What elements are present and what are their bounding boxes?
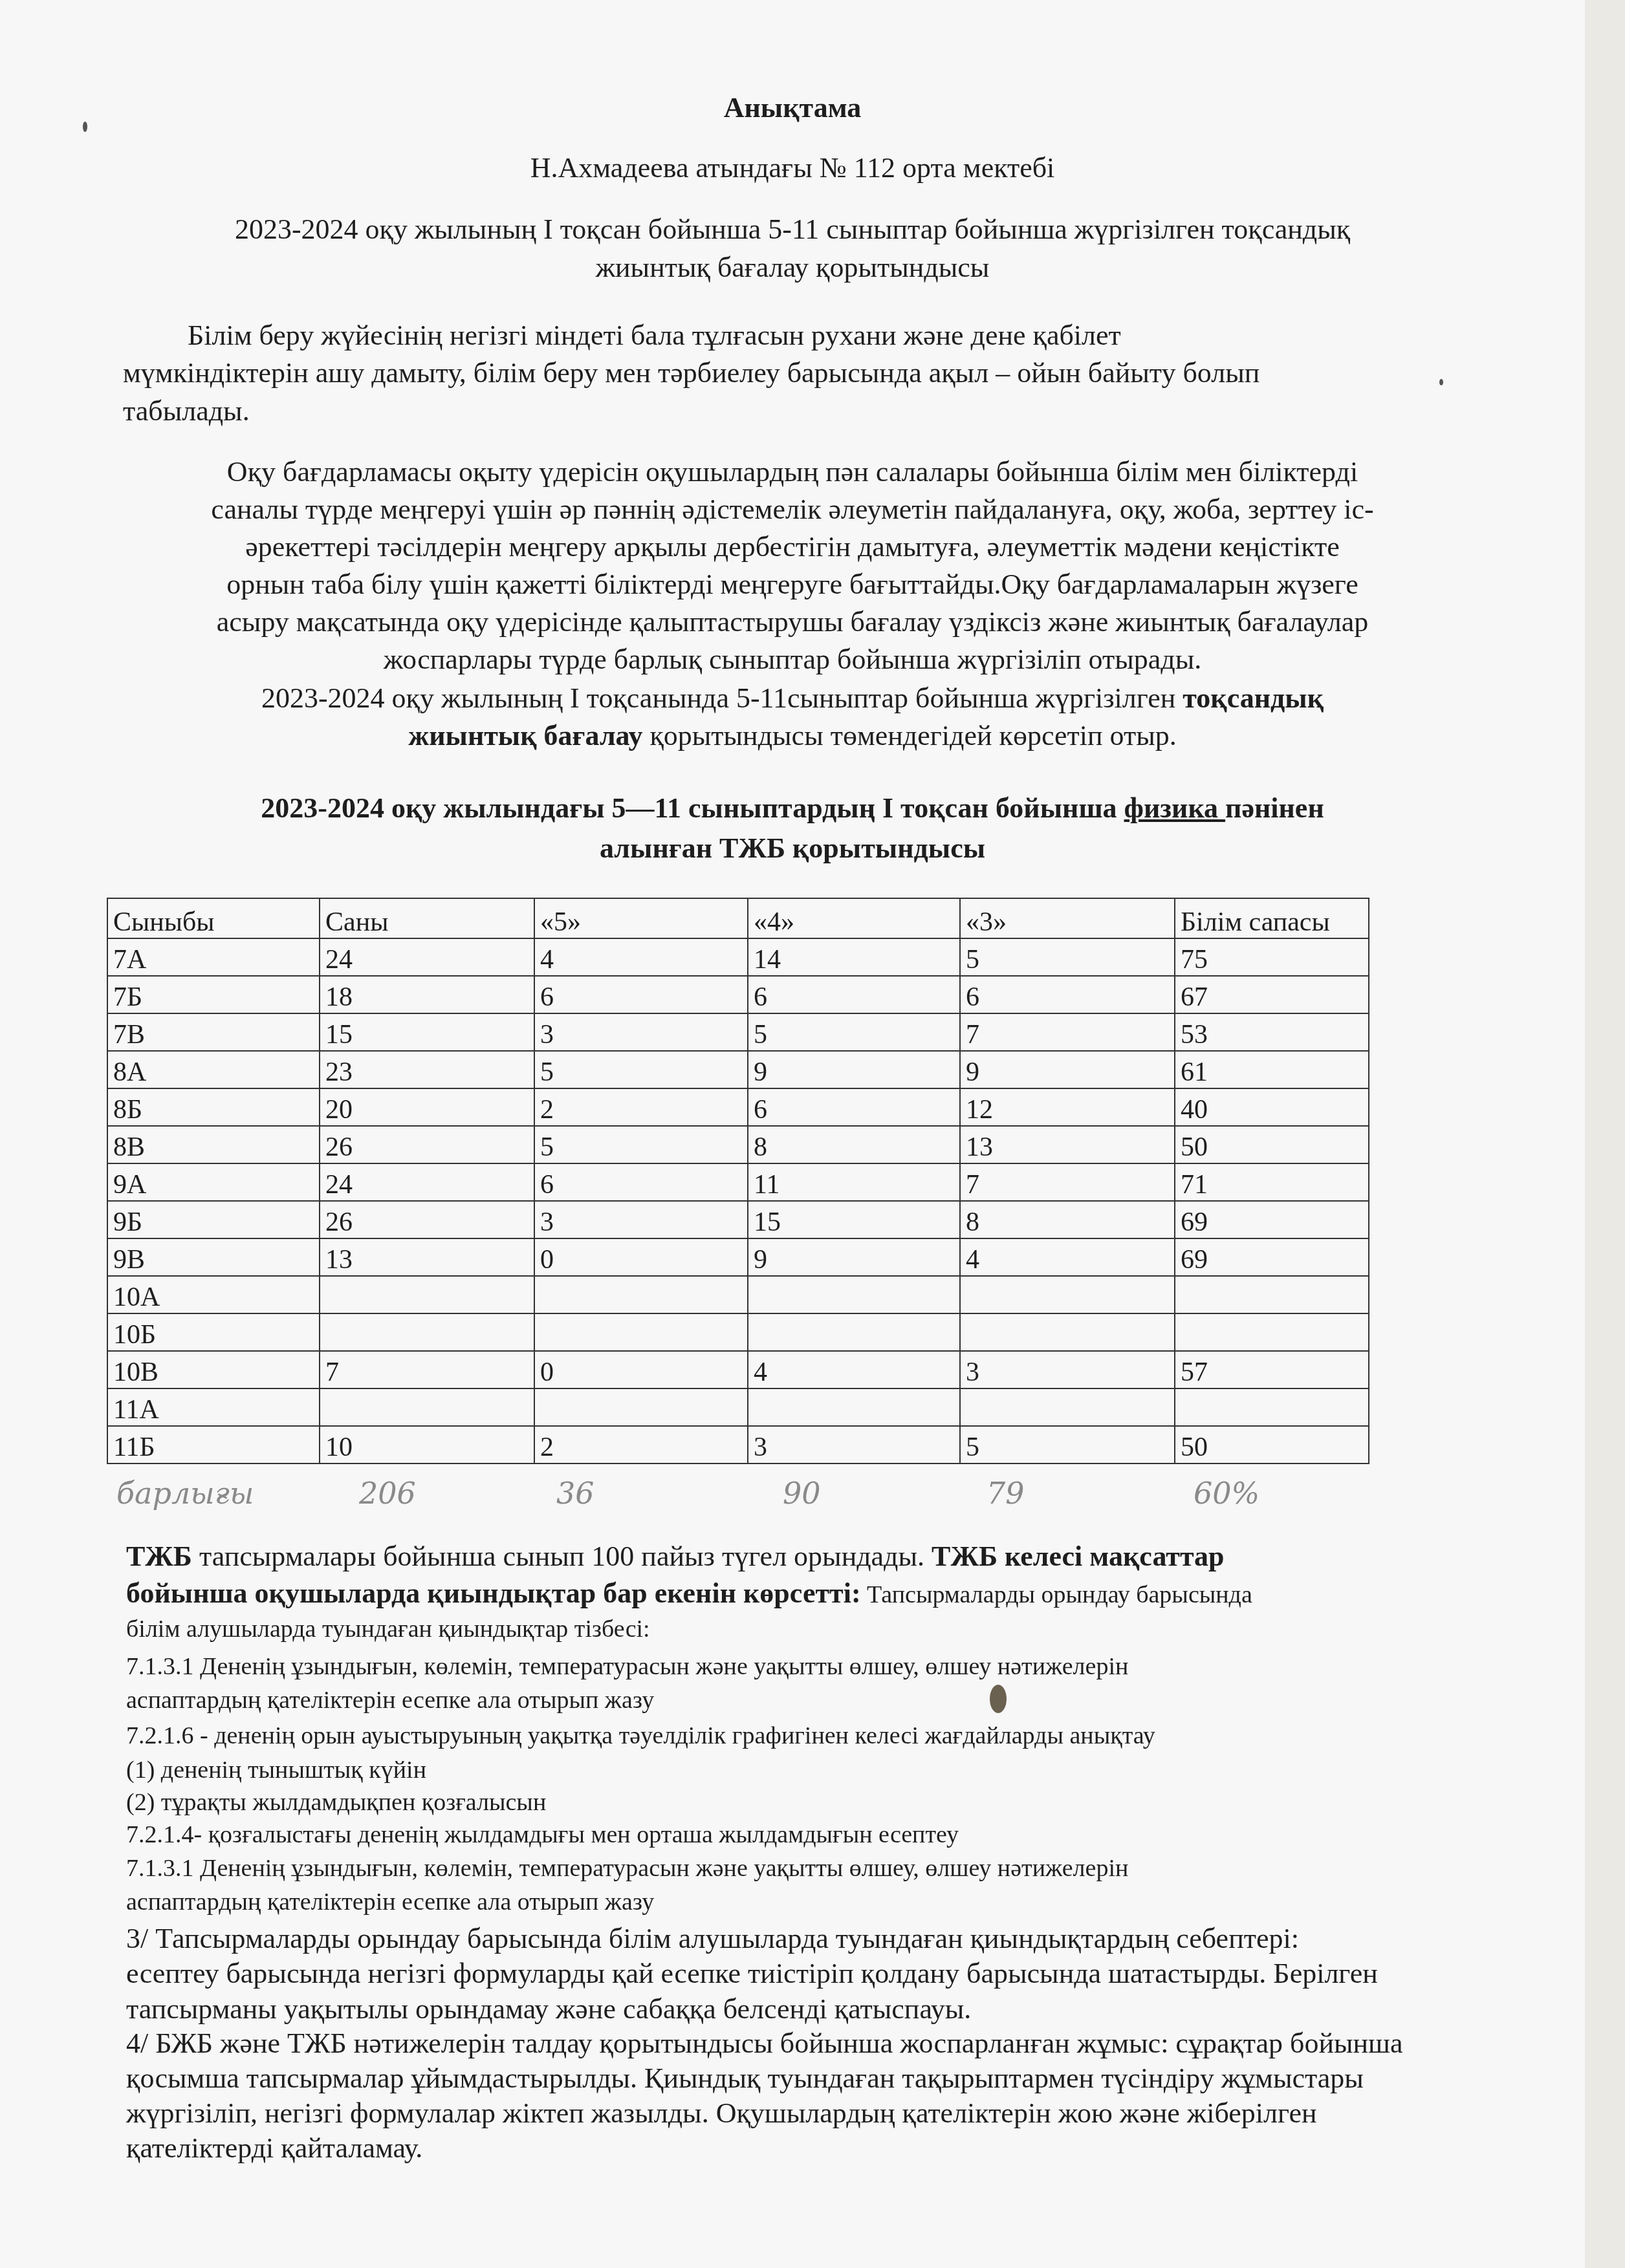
table-row: 7В1535753 (107, 1013, 1369, 1051)
cell-class: 8В (107, 1126, 320, 1163)
cell-grade-5: 6 (534, 1163, 748, 1201)
analysis-text-line: 4/ БЖБ және ТЖБ нәтижелерін талдау қорыт… (126, 2029, 1403, 2058)
cell-count (320, 1313, 534, 1351)
cell-count: 23 (320, 1051, 534, 1088)
cell-grade-4: 9 (748, 1238, 960, 1276)
intro-p3-bold: тоқсандық (1183, 682, 1324, 714)
cell-grade-3: 12 (960, 1088, 1175, 1126)
table-row: 9В1309469 (107, 1238, 1369, 1276)
intro-p1-line-3: табылады. (123, 397, 250, 426)
cell-grade-5: 2 (534, 1426, 748, 1463)
cell-grade-4: 11 (748, 1163, 960, 1201)
ink-smudge (990, 1685, 1007, 1713)
cell-grade-3: 8 (960, 1201, 1175, 1238)
document-page: Анықтама Н.Ахмадеева атындағы № 112 орта… (0, 0, 1585, 2268)
cell-count: 15 (320, 1013, 534, 1051)
table-title-part-1: 2023-2024 оқу жылындағы 5—11 сыныптардың… (261, 792, 1124, 824)
cell-class: 10В (107, 1351, 320, 1388)
analysis-line-2: бойынша оқушыларда қиындықтар бар екенін… (126, 1579, 1252, 1608)
table-title-line-2: алынған ТЖБ қорытындысы (0, 834, 1585, 863)
cell-grade-4: 5 (748, 1013, 960, 1051)
table-row: 10А (107, 1276, 1369, 1313)
subtitle-line-2: жиынтық бағалау қорытындысы (0, 254, 1585, 282)
cell-grade-3: 9 (960, 1051, 1175, 1088)
analysis-text-line: қосымша тапсырмалар ұйымдастырылды. Қиын… (126, 2064, 1364, 2093)
cell-quality (1175, 1388, 1369, 1426)
table-header-row: Сыныбы Саны «5» «4» «3» Білім сапасы (107, 898, 1369, 938)
intro-p3-bold-2: жиынтық бағалау (408, 720, 642, 751)
analysis-line-1: ТЖБ тапсырмалары бойынша сынып 100 пайыз… (126, 1542, 1225, 1571)
intro-p1-line-1: Білім беру жүйесінің негізгі міндеті бал… (188, 321, 1121, 350)
cell-quality: 69 (1175, 1201, 1369, 1238)
intro-p3-line-2: жиынтық бағалау қорытындысы төмендегідей… (0, 722, 1585, 750)
cell-grade-5: 2 (534, 1088, 748, 1126)
cell-grade-3: 5 (960, 938, 1175, 976)
intro-p3-plain: 2023-2024 оқу жылының I тоқсанында 5-11с… (261, 682, 1183, 714)
intro-p2-line-6: жоспарлары түрде барлық сыныптар бойынша… (0, 645, 1585, 674)
handwritten-total-count: 206 (359, 1476, 416, 1511)
cell-grade-3: 13 (960, 1126, 1175, 1163)
table-title-line-1: 2023-2024 оқу жылындағы 5—11 сыныптардың… (0, 794, 1585, 823)
cell-grade-5: 4 (534, 938, 748, 976)
cell-grade-5 (534, 1313, 748, 1351)
table-row: 8Б20261240 (107, 1088, 1369, 1126)
header-count: Саны (320, 898, 534, 938)
cell-grade-3: 6 (960, 976, 1175, 1013)
cell-class: 7Б (107, 976, 320, 1013)
cell-class: 9А (107, 1163, 320, 1201)
cell-quality: 53 (1175, 1013, 1369, 1051)
intro-p3-line-1: 2023-2024 оқу жылының I тоқсанында 5-11с… (0, 684, 1585, 713)
handwritten-total-label: барлығы (116, 1476, 254, 1511)
handwritten-total-5: 36 (556, 1476, 594, 1511)
cell-count: 20 (320, 1088, 534, 1126)
handwritten-total-quality: 60% (1194, 1476, 1260, 1511)
analysis-plain-a: тапсырмалары бойынша сынып 100 пайыз түг… (192, 1540, 932, 1572)
cell-grade-3: 5 (960, 1426, 1175, 1463)
cell-grade-5: 0 (534, 1351, 748, 1388)
handwritten-total-3: 79 (987, 1476, 1025, 1511)
scan-edge (1585, 0, 1625, 2268)
cell-count: 24 (320, 938, 534, 976)
document-title: Анықтама (0, 94, 1585, 122)
cell-grade-5 (534, 1388, 748, 1426)
cell-class: 10А (107, 1276, 320, 1313)
cell-class: 11А (107, 1388, 320, 1426)
analysis-plain-b: Тапсырмаларды орындау барысында (861, 1581, 1252, 1608)
cell-class: 7В (107, 1013, 320, 1051)
header-grade-3: «3» (960, 898, 1175, 938)
cell-grade-4 (748, 1276, 960, 1313)
subtitle-line-1: 2023-2024 оқу жылының I тоқсан бойынша 5… (0, 215, 1585, 244)
cell-grade-5: 5 (534, 1126, 748, 1163)
cell-grade-3: 3 (960, 1351, 1175, 1388)
scan-speck (83, 122, 87, 132)
cell-count: 18 (320, 976, 534, 1013)
cell-grade-5: 0 (534, 1238, 748, 1276)
cell-count: 24 (320, 1163, 534, 1201)
cell-grade-4: 6 (748, 976, 960, 1013)
cell-class: 8Б (107, 1088, 320, 1126)
cell-quality: 61 (1175, 1051, 1369, 1088)
analysis-text-line: аспаптардың қателіктерін есепке ала отыр… (126, 1688, 654, 1712)
cell-quality: 75 (1175, 938, 1369, 976)
intro-p2-line-1: Оқу бағдарламасы оқыту үдерісін оқушылар… (0, 458, 1585, 486)
cell-count: 10 (320, 1426, 534, 1463)
cell-grade-3 (960, 1388, 1175, 1426)
table-row: 11Б1023550 (107, 1426, 1369, 1463)
cell-grade-4: 14 (748, 938, 960, 976)
analysis-text-line: білім алушыларда туындаған қиындықтар ті… (126, 1617, 650, 1641)
handwritten-total-4: 90 (783, 1476, 821, 1511)
intro-p2-line-5: асыру мақсатында оқу үдерісінде қалыптас… (0, 608, 1585, 636)
cell-count: 26 (320, 1201, 534, 1238)
cell-class: 10Б (107, 1313, 320, 1351)
cell-class: 9В (107, 1238, 320, 1276)
header-grade-5: «5» (534, 898, 748, 938)
cell-grade-4: 6 (748, 1088, 960, 1126)
table-row: 11А (107, 1388, 1369, 1426)
intro-p3-plain-2: қорытындысы төмендегідей көрсетіп отыр. (642, 720, 1176, 751)
cell-quality: 40 (1175, 1088, 1369, 1126)
intro-p2-line-4: орнын таба білу үшін қажетті біліктерді … (0, 570, 1585, 599)
table-title-subject: физика (1124, 792, 1226, 824)
analysis-bold-a: ТЖБ (126, 1540, 192, 1572)
analysis-text-line: жүргізіліп, негізгі формулалар жіктеп жа… (126, 2099, 1317, 2128)
analysis-text-line: 7.2.1.6 - дененің орын ауыстыруының уақы… (126, 1723, 1155, 1748)
cell-grade-4 (748, 1313, 960, 1351)
cell-grade-5 (534, 1276, 748, 1313)
table-row: 7Б1866667 (107, 976, 1369, 1013)
cell-grade-5: 3 (534, 1201, 748, 1238)
results-table: Сыныбы Саны «5» «4» «3» Білім сапасы 7А2… (107, 898, 1369, 1464)
cell-quality (1175, 1313, 1369, 1351)
cell-grade-4: 3 (748, 1426, 960, 1463)
cell-quality: 57 (1175, 1351, 1369, 1388)
cell-class: 11Б (107, 1426, 320, 1463)
scan-speck (1439, 379, 1443, 385)
table-row: 9А24611771 (107, 1163, 1369, 1201)
analysis-bold-b: ТЖБ келесі мақсаттар (932, 1540, 1224, 1572)
analysis-text-line: қателіктерді қайталамау. (126, 2134, 422, 2163)
table-row: 10В704357 (107, 1351, 1369, 1388)
analysis-text-line: (1) дененің тыныштық күйін (126, 1758, 426, 1782)
intro-p2-line-2: саналы түрде меңгеруі үшін әр пәннің әді… (0, 495, 1585, 524)
header-grade-4: «4» (748, 898, 960, 938)
cell-grade-4: 4 (748, 1351, 960, 1388)
cell-class: 7А (107, 938, 320, 976)
analysis-text-line: 7.2.1.4- қозғалыстағы дененің жылдамдығы… (126, 1822, 959, 1847)
cell-grade-3: 7 (960, 1163, 1175, 1201)
cell-grade-4: 15 (748, 1201, 960, 1238)
cell-grade-3: 4 (960, 1238, 1175, 1276)
cell-class: 8А (107, 1051, 320, 1088)
table-title-part-2: пәнінен (1225, 792, 1324, 824)
table-row: 9Б26315869 (107, 1201, 1369, 1238)
analysis-text-line: 7.1.3.1 Дененің ұзындығын, көлемін, темп… (126, 1856, 1128, 1881)
analysis-text-line: есептеу барысында негізгі формуларды қай… (126, 1960, 1378, 1988)
analysis-bold-c: бойынша оқушыларда қиындықтар бар екенін… (126, 1577, 861, 1609)
cell-grade-3 (960, 1313, 1175, 1351)
cell-grade-4: 8 (748, 1126, 960, 1163)
table-row: 8В26581350 (107, 1126, 1369, 1163)
table-row: 7А24414575 (107, 938, 1369, 976)
cell-quality (1175, 1276, 1369, 1313)
cell-count (320, 1276, 534, 1313)
cell-count: 26 (320, 1126, 534, 1163)
table-row: 10Б (107, 1313, 1369, 1351)
cell-grade-5: 6 (534, 976, 748, 1013)
analysis-text-line: 7.1.3.1 Дененің ұзындығын, көлемін, темп… (126, 1654, 1128, 1679)
cell-quality: 67 (1175, 976, 1369, 1013)
cell-grade-3 (960, 1276, 1175, 1313)
cell-grade-4: 9 (748, 1051, 960, 1088)
table-row: 8А2359961 (107, 1051, 1369, 1088)
header-quality: Білім сапасы (1175, 898, 1369, 938)
cell-count: 13 (320, 1238, 534, 1276)
analysis-text-line: тапсырманы уақытылы орындамау және сабақ… (126, 1995, 971, 2024)
cell-count: 7 (320, 1351, 534, 1388)
cell-quality: 69 (1175, 1238, 1369, 1276)
cell-count (320, 1388, 534, 1426)
intro-p2-line-3: әрекеттері тәсілдерін меңгеру арқылы дер… (0, 533, 1585, 561)
cell-quality: 71 (1175, 1163, 1369, 1201)
analysis-text-line: 3/ Тапсырмаларды орындау барысында білім… (126, 1925, 1299, 1953)
cell-grade-4 (748, 1388, 960, 1426)
analysis-text-line: (2) тұрақты жылдамдықпен қозғалысын (126, 1790, 546, 1815)
cell-quality: 50 (1175, 1426, 1369, 1463)
cell-grade-5: 3 (534, 1013, 748, 1051)
header-class: Сыныбы (107, 898, 320, 938)
cell-class: 9Б (107, 1201, 320, 1238)
cell-quality: 50 (1175, 1126, 1369, 1163)
school-name: Н.Ахмадеева атындағы № 112 орта мектебі (0, 154, 1585, 182)
cell-grade-3: 7 (960, 1013, 1175, 1051)
intro-p1-line-2: мүмкіндіктерін ашу дамыту, білім беру ме… (123, 359, 1260, 387)
table-body: 7А244145757Б18666677В15357538А23599618Б2… (107, 938, 1369, 1463)
analysis-text-line: аспаптардың қателіктерін есепке ала отыр… (126, 1890, 654, 1914)
cell-grade-5: 5 (534, 1051, 748, 1088)
